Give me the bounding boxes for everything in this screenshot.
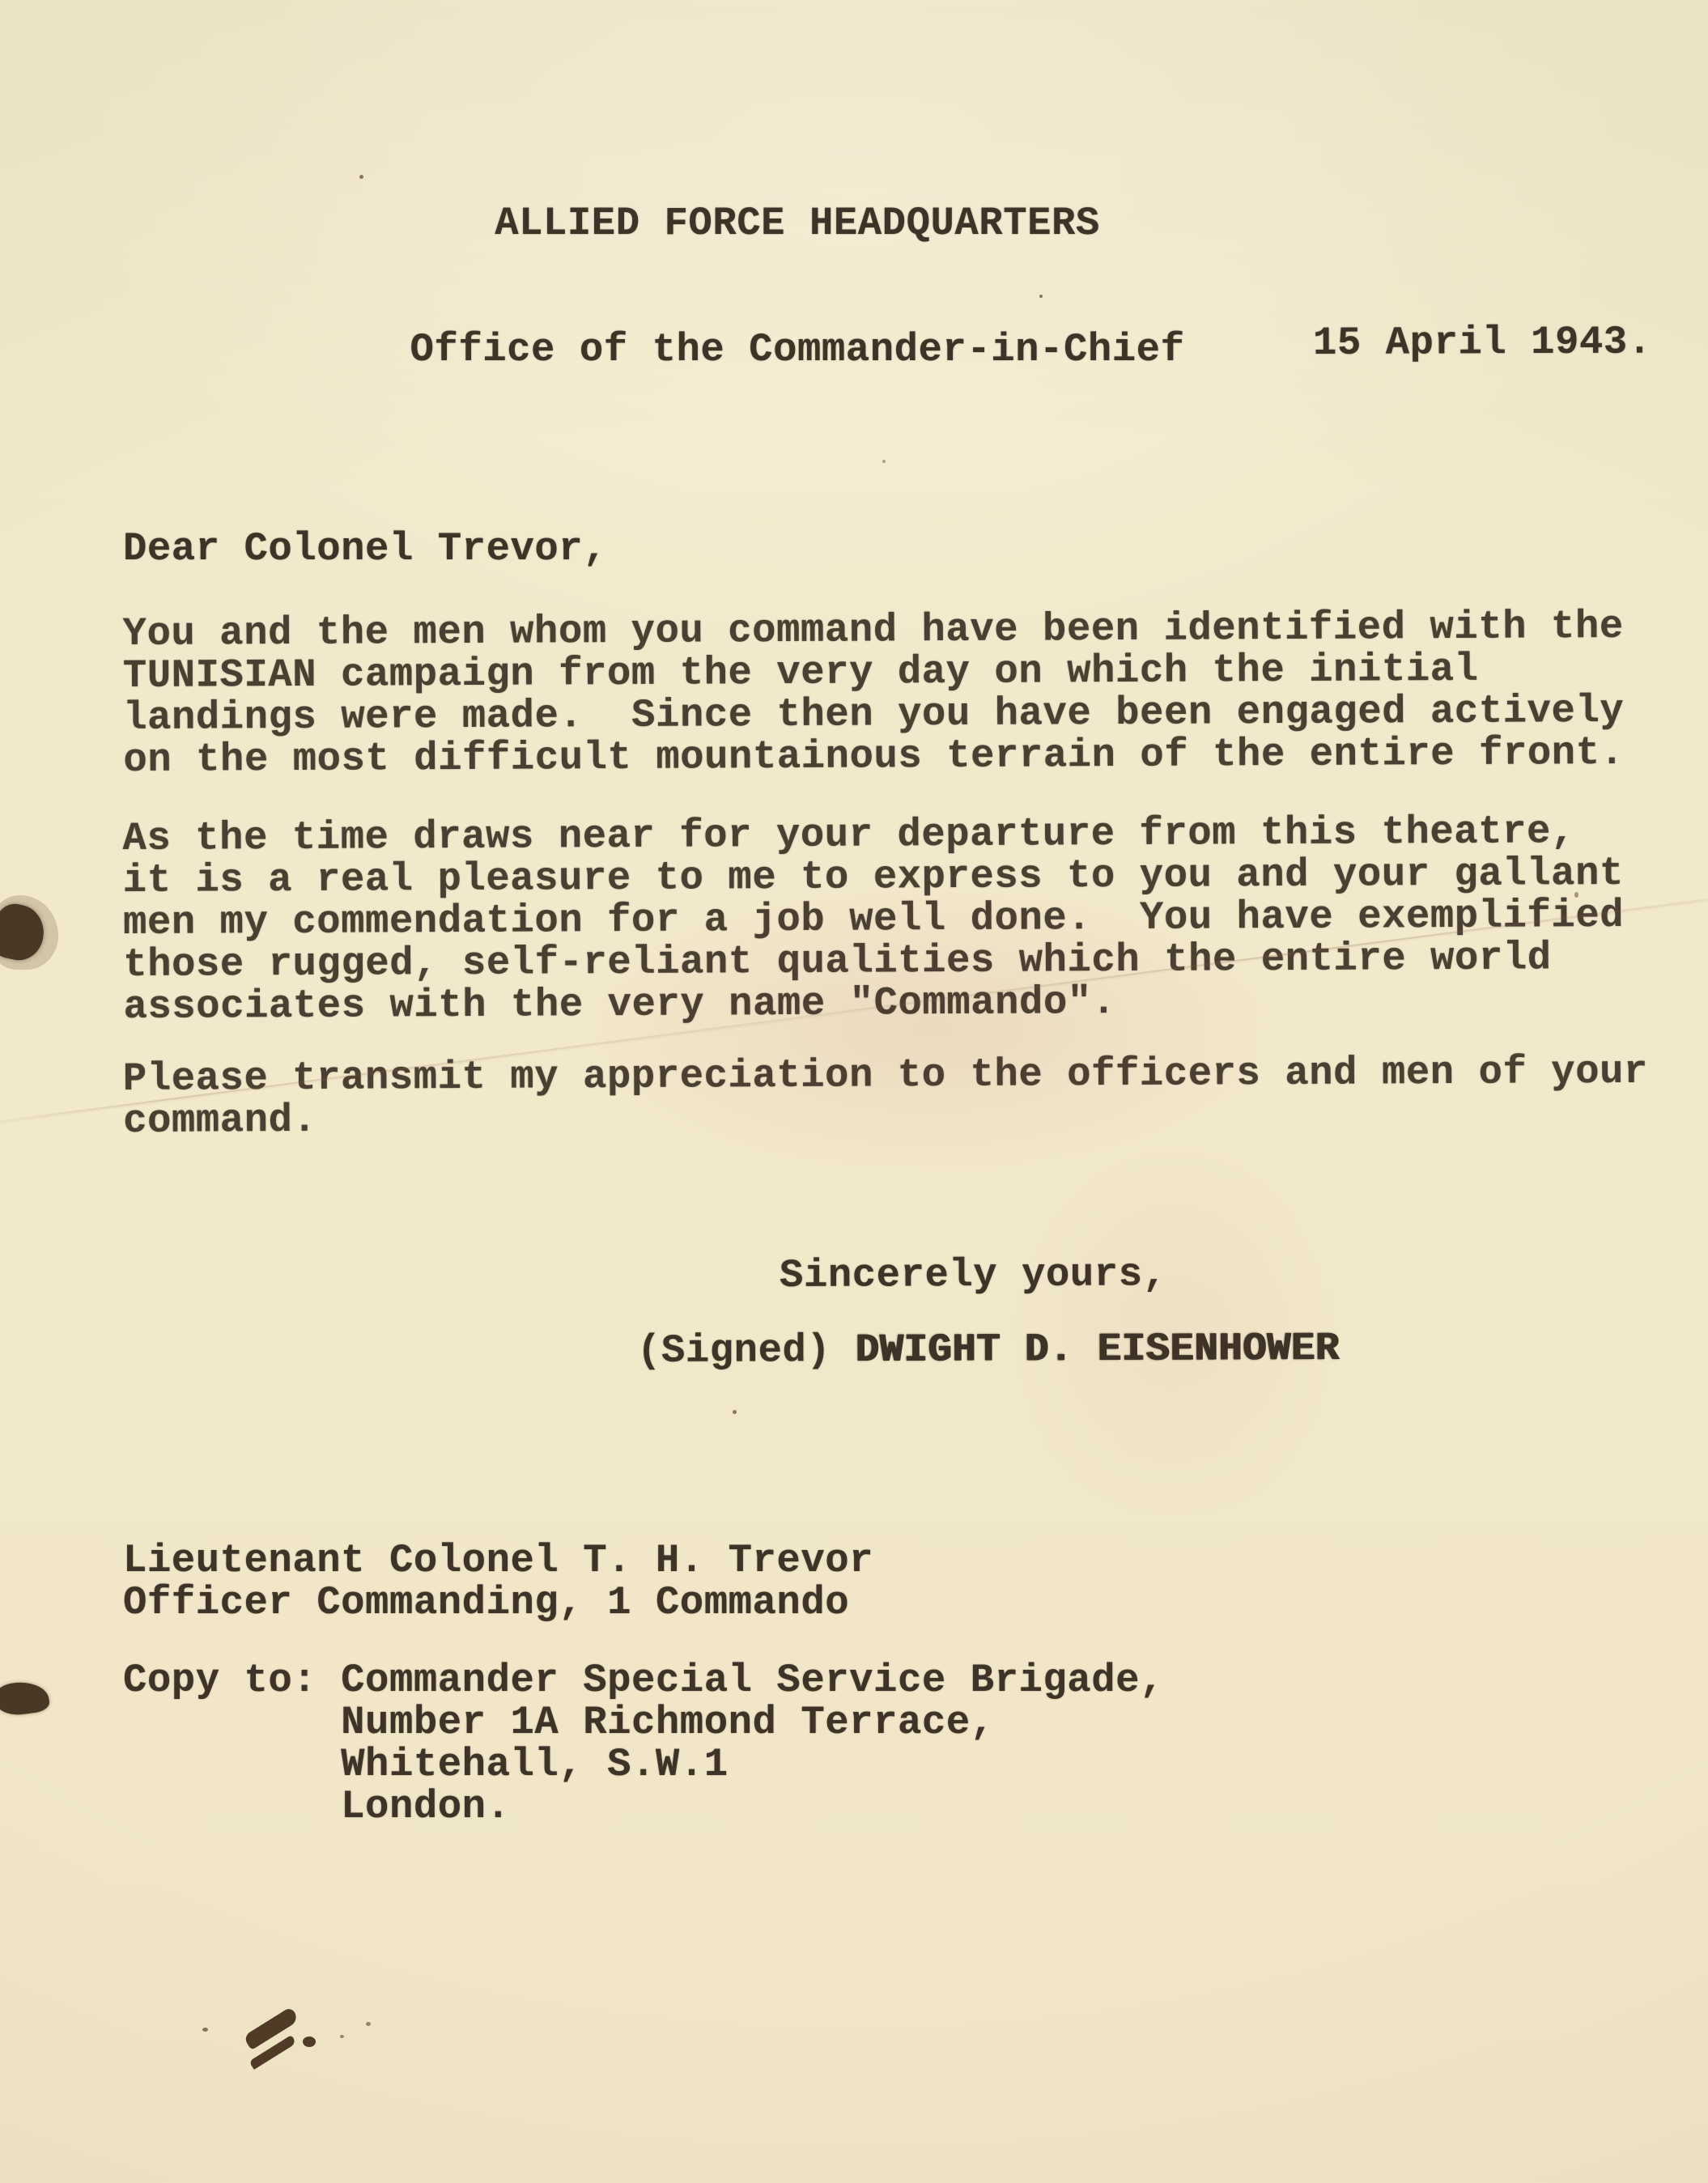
- paper-speck: [882, 460, 886, 463]
- paper-speck: [1574, 892, 1578, 898]
- paper-speck: [1039, 295, 1043, 298]
- paragraph-3: Please transmit my appreciation to the o…: [123, 1051, 1649, 1142]
- paper-speck: [366, 2022, 371, 2026]
- paragraph-1: You and the men whom you command have be…: [122, 605, 1624, 781]
- org-name: ALLIED FORCE HEADQUARTERS: [0, 202, 1651, 244]
- closing: Sincerely yours,: [780, 1253, 1167, 1297]
- letterhead: ALLIED FORCE HEADQUARTERS Office of the …: [0, 118, 1651, 455]
- ink-smudge-dot: [303, 2036, 316, 2047]
- paper-speck: [359, 175, 363, 179]
- signature-line: (Signed) DWIGHT D. EISENHOWER: [637, 1327, 1339, 1372]
- signature-name: DWIGHT D. EISENHOWER: [855, 1326, 1339, 1373]
- paragraph-2: As the time draws near for your departur…: [122, 810, 1624, 1028]
- copy-to-block: Copy to: Commander Special Service Briga…: [123, 1659, 1164, 1828]
- paper-speck: [202, 2028, 208, 2032]
- paper-speck: [733, 1410, 737, 1414]
- date-line: 15 April 1943.: [1313, 321, 1652, 364]
- ink-smudge-bottom: [243, 2007, 300, 2050]
- recipient-block: Lieutenant Colonel T. H. Trevor Officer …: [123, 1540, 873, 1624]
- ink-blot-left-lower: [0, 1679, 50, 1718]
- signature-signed-label: (Signed): [637, 1327, 855, 1374]
- letter-page: ALLIED FORCE HEADQUARTERS Office of the …: [0, 0, 1708, 2183]
- salutation: Dear Colonel Trevor,: [123, 528, 607, 570]
- paper-speck: [340, 2035, 344, 2038]
